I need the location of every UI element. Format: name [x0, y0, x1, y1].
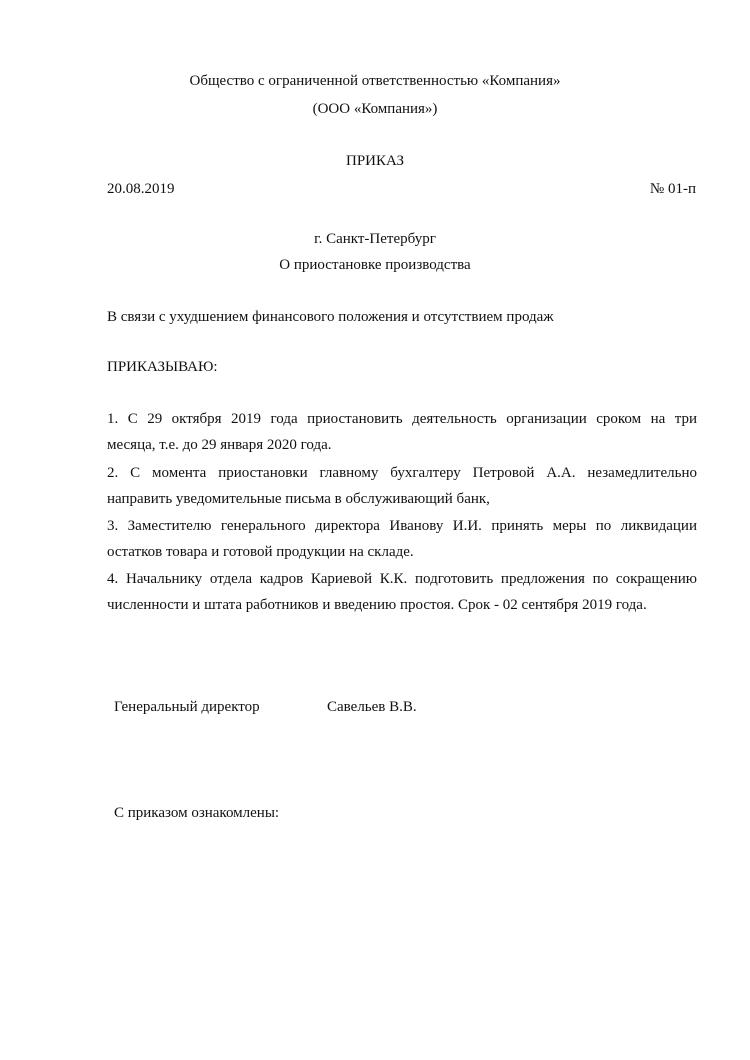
organization-full-name: Общество с ограниченной ответственностью… — [0, 72, 750, 90]
order-item-2-line-1: 2. С момента приостановки главному бухга… — [107, 464, 697, 482]
order-item-1-line-1: 1. С 29 октября 2019 года приостановить … — [107, 410, 697, 428]
order-item-4-line-2: численности и штата работников и введени… — [107, 596, 647, 614]
order-item-3-line-2: остатков товара и готовой продукции на с… — [107, 543, 414, 561]
signature-position: Генеральный директор — [114, 698, 260, 716]
document-date: 20.08.2019 — [107, 180, 175, 198]
order-item-2-line-2: направить уведомительные письма в обслуж… — [107, 490, 490, 508]
document-city: г. Санкт-Петербург — [0, 230, 750, 248]
order-item-3-line-1: 3. Заместителю генерального директора Ив… — [107, 517, 697, 535]
order-word: ПРИКАЗЫВАЮ: — [107, 358, 218, 376]
document-page: Общество с ограниченной ответственностью… — [0, 0, 750, 1060]
document-type-title: ПРИКАЗ — [0, 152, 750, 170]
order-item-1-line-2: месяца, т.е. до 29 января 2020 года. — [107, 436, 332, 454]
document-number: № 01-п — [650, 180, 696, 198]
document-subject: О приостановке производства — [0, 256, 750, 274]
order-item-4-line-1: 4. Начальнику отдела кадров Кариевой К.К… — [107, 570, 697, 588]
document-preamble: В связи с ухудшением финансового положен… — [107, 308, 554, 326]
signature-name: Савельев В.В. — [327, 698, 417, 716]
organization-short-name: (ООО «Компания») — [0, 100, 750, 118]
acknowledgement-label: С приказом ознакомлены: — [114, 804, 279, 822]
